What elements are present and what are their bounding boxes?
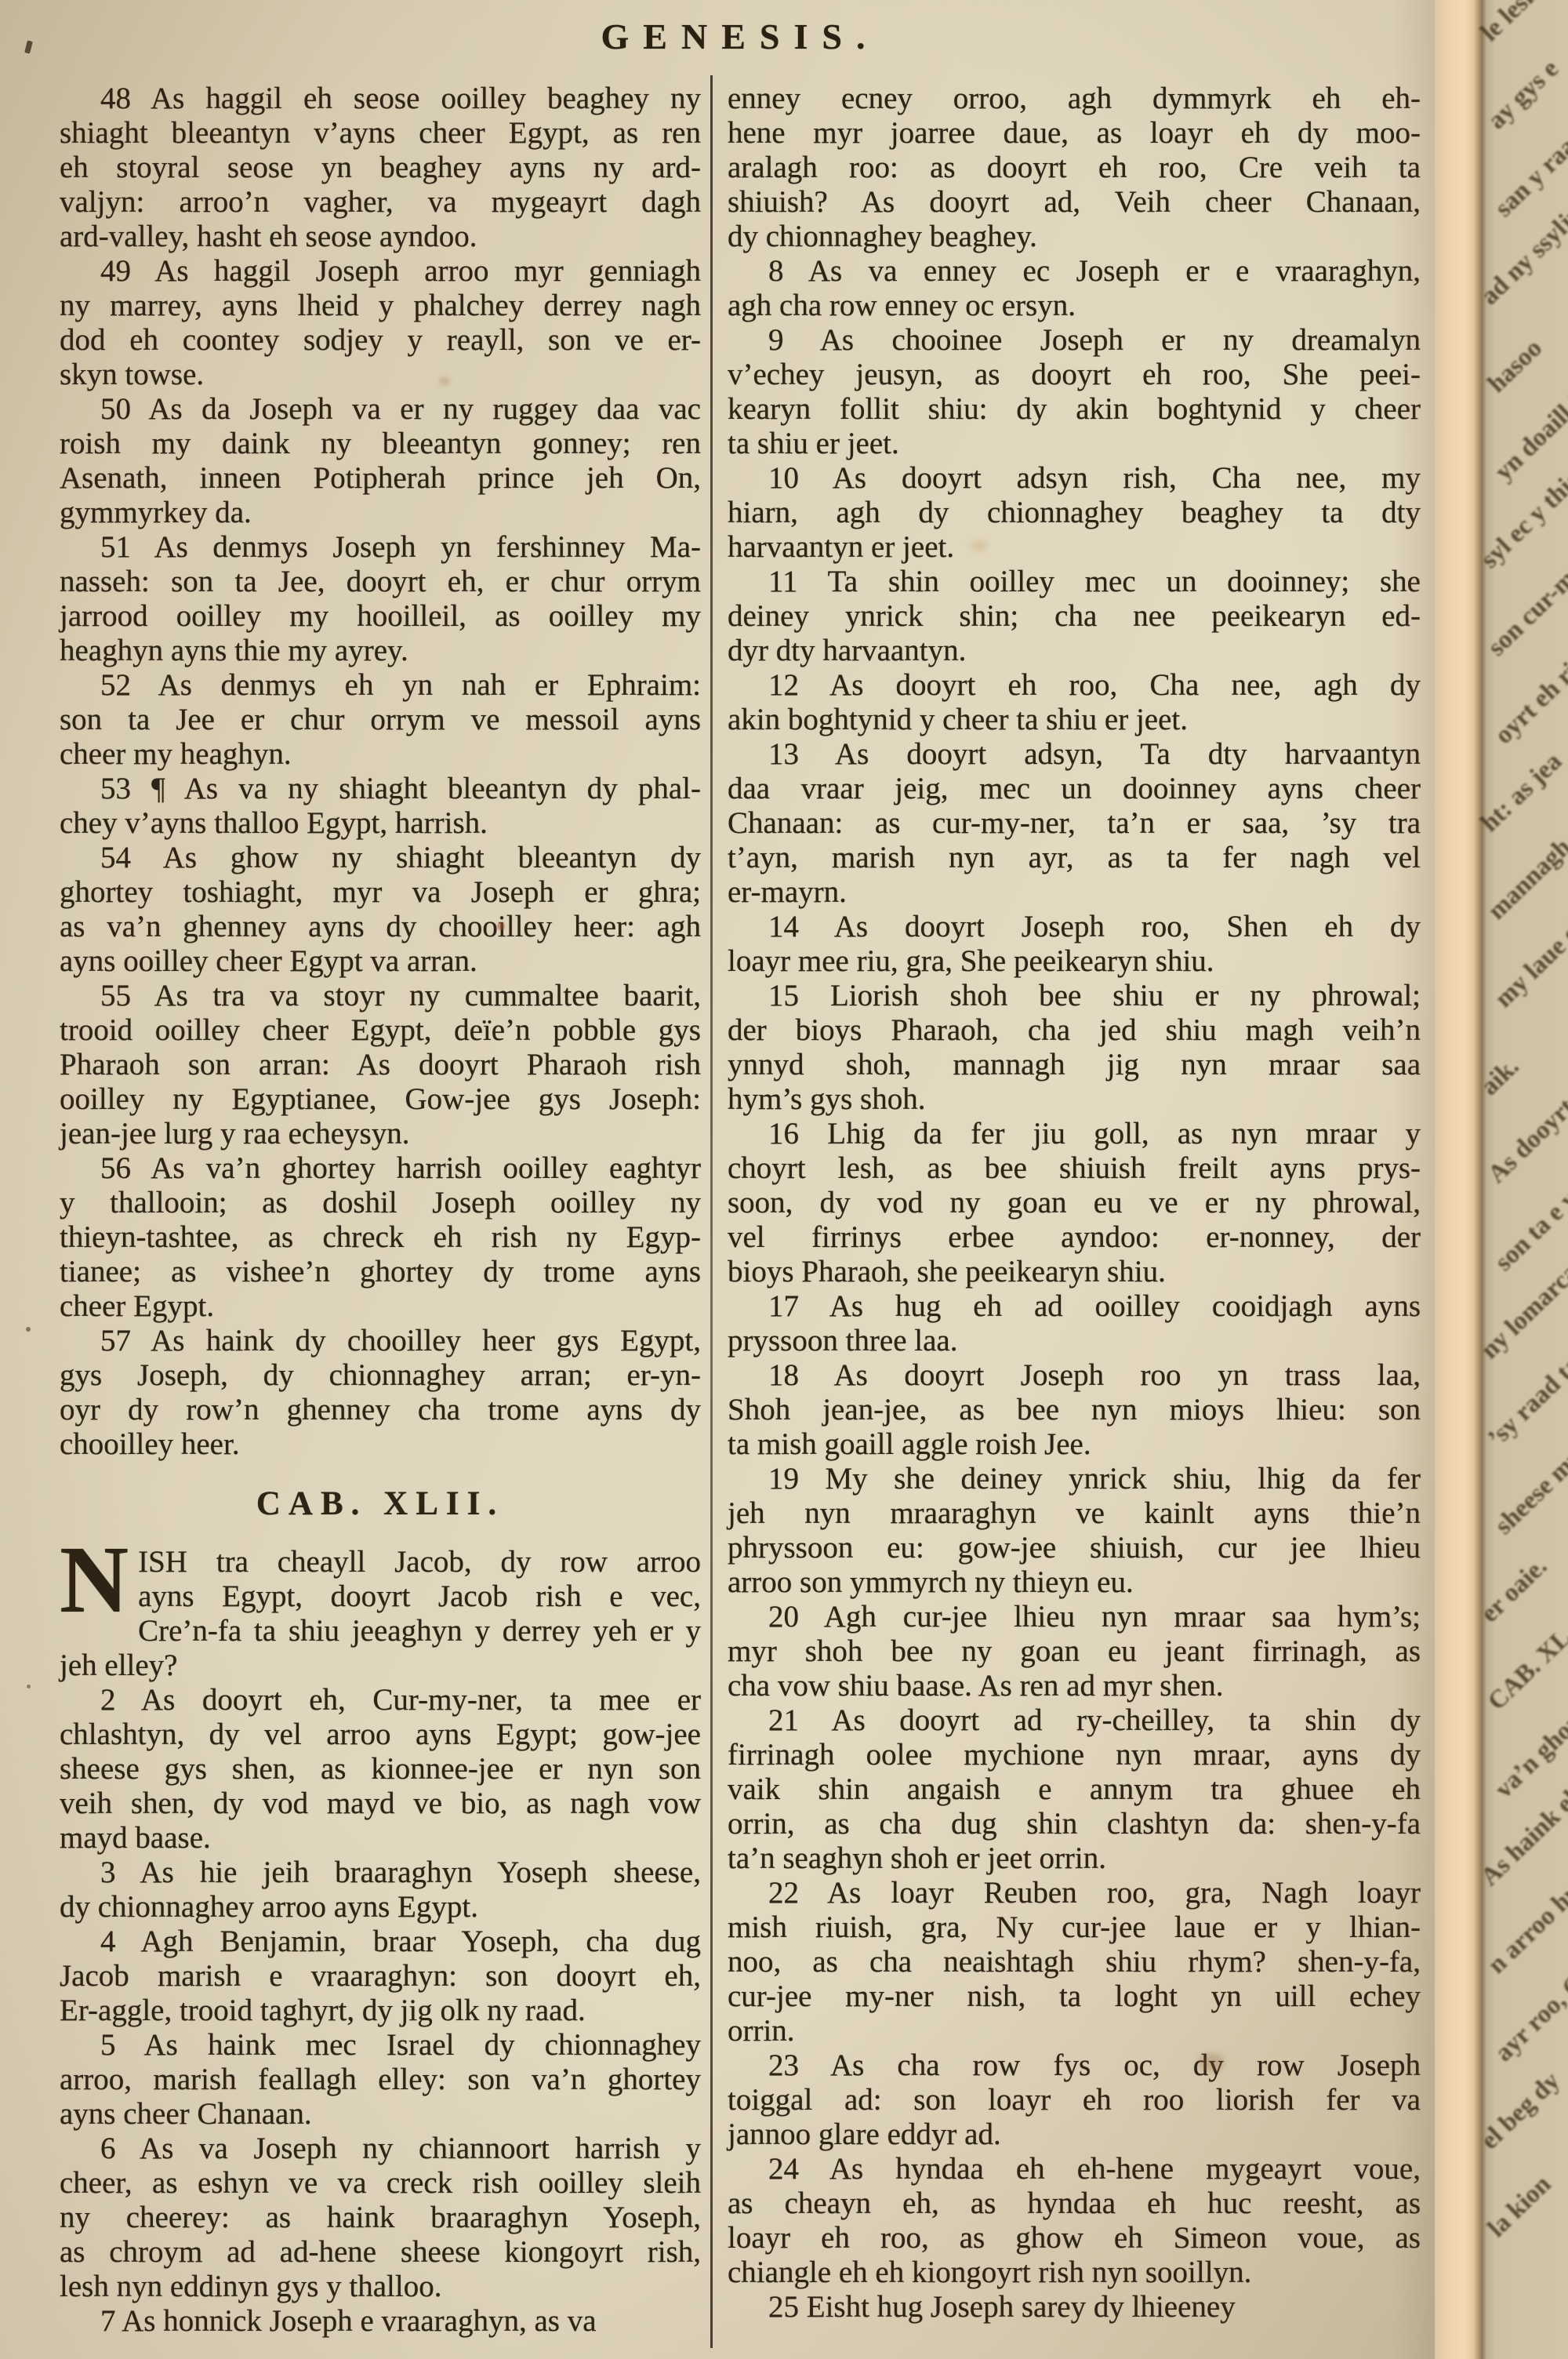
verse: 49 As haggil Joseph arroo myr genniaghny…	[60, 254, 701, 392]
verse-line: orrin, as cha dug shin clashtyn da: shen…	[728, 1807, 1421, 1841]
verse-line: Cre’n-fa ta shiu jeeaghyn y derrey yeh e…	[60, 1614, 701, 1648]
verse: 54 As ghow ny shiaght bleeantyn dyghorte…	[60, 841, 701, 979]
verse: 55 As tra va stoyr ny cummaltee baarit,t…	[60, 979, 701, 1151]
verse: 48 As haggil eh seose ooilley beaghey ny…	[60, 82, 701, 254]
verse-line: cha vow shiu baase. As ren ad myr shen.	[728, 1669, 1421, 1703]
verse: 17 As hug eh ad ooilley cooidjagh aynspr…	[728, 1289, 1421, 1358]
verse-line: heaghyn ayns thie my ayrey.	[60, 634, 701, 668]
verse-line: t’ayn, marish nyn ayr, as ta fer nagh ve…	[728, 841, 1421, 875]
verse-line: shiaght bleeantyn v’ayns cheer Egypt, as…	[60, 116, 701, 151]
verse-line: jarrood ooilley my hooilleil, as ooilley…	[60, 599, 701, 634]
verse: 52 As denmys eh yn nah er Ephraim:son ta…	[60, 668, 701, 772]
verse-line: agh cha row enney oc ersyn.	[728, 289, 1421, 323]
verse-line: as va’n ghenney ayns dy chooilley heer: …	[60, 910, 701, 944]
verse-line: 56 As va’n ghortey harrish ooilley eaght…	[60, 1151, 701, 1186]
next-page-curl: le leshay gys esan y raad, asad ny ssylj…	[1435, 0, 1568, 2359]
verse-line: 19 My she deiney ynrick shiu, lhig da fe…	[728, 1462, 1421, 1496]
verse-line: arroo son ymmyrch ny thieyn eu.	[728, 1565, 1421, 1600]
curled-page-text-fragment: hasoo	[1483, 334, 1548, 399]
verse: 23 As cha row fys oc, dy row Josephtoigg…	[728, 2048, 1421, 2152]
verse-line: skyn towse.	[60, 358, 701, 392]
verse-with-dropcap: NISH tra cheayll Jacob, dy row arrooayns…	[60, 1545, 701, 1683]
curled-page-text-fragment: aik.	[1475, 1052, 1525, 1102]
verse: 53 ¶ As va ny shiaght bleeantyn dy phal-…	[60, 772, 701, 841]
right-text-column: enney ecney orroo, agh dymmyrk eh eh-hen…	[728, 82, 1421, 2324]
fore-edge-shadow	[1392, 0, 1436, 2359]
verse-line: aralagh roo: as dooyrt eh roo, Cre veih …	[728, 151, 1421, 185]
verse: 6 As va Joseph ny chiannoort harrish ych…	[60, 2132, 701, 2304]
verse-line: noo, as cha neaishtagh shiu rhym? shen-y…	[728, 1945, 1421, 1979]
verse-line: 2 As dooyrt eh, Cur-my-ner, ta mee er	[60, 1683, 701, 1717]
curled-page-text-fragment: As dooyrt eh, Cha	[1483, 1030, 1568, 1190]
curled-page-text-fragment: ht: as jea	[1475, 747, 1568, 838]
verse-line: ny marrey, ayns lheid y phalchey derrey …	[60, 289, 701, 323]
verse-line: 8 As va enney ec Joseph er e vraaraghyn,	[728, 254, 1421, 289]
verse-line: mayd baase.	[60, 1821, 701, 1856]
verse: 3 As hie jeih braaraghyn Yoseph sheese,d…	[60, 1856, 701, 1925]
verse-line: myr shoh bee ny goan eu jeant firrinagh,…	[728, 1634, 1421, 1669]
verse-line: cheer, as eshyn ve va creck rish ooilley…	[60, 2166, 701, 2201]
curled-page-text-fragment: CAB. XL	[1483, 1623, 1568, 1716]
verse-line: Shoh jean-jee, as bee nyn mioys lhieu: s…	[728, 1393, 1421, 1427]
verse-line: ayns ooilley cheer Egypt va arran.	[60, 944, 701, 979]
verse-line: dy chionnaghey arroo ayns Egypt.	[60, 1890, 701, 1925]
verse-line: 7 As honnick Joseph e vraaraghyn, as va	[60, 2304, 701, 2339]
verse-line: 6 As va Joseph ny chiannoort harrish y	[60, 2132, 701, 2166]
verse-line: ta shiu er jeet.	[728, 427, 1421, 461]
running-head-title: GENESIS.	[60, 16, 1421, 57]
verse-line: vaik shin angaish e annym tra ghuee eh	[728, 1772, 1421, 1807]
verse-line: 22 As loayr Reuben roo, gra, Nagh loayr	[728, 1876, 1421, 1910]
verse-line: oyr dy row’n ghenney cha trome ayns dy	[60, 1393, 701, 1427]
verse-line: chey v’ayns thalloo Egypt, harrish.	[60, 806, 701, 841]
verse-line: er-mayrn.	[728, 875, 1421, 910]
verse-line: chiangle eh eh kiongoyrt rish nyn sooill…	[728, 2255, 1421, 2290]
verse-line: hene myr joarree daue, as loayr eh dy mo…	[728, 116, 1421, 151]
verse: 4 Agh Benjamin, braar Yoseph, cha dugJac…	[60, 1925, 701, 2028]
curled-page-text-fragment: le lesh	[1475, 0, 1544, 48]
curled-page-text-fragment: la kion	[1483, 2170, 1557, 2244]
verse-line: ynnyd shoh, mannagh jig nyn mraar saa	[728, 1048, 1421, 1082]
verse: 11 Ta shin ooilley mec un dooinney; shed…	[728, 565, 1421, 668]
verse-line: hym’s gys shoh.	[728, 1082, 1421, 1117]
verse-line: pryssoon three laa.	[728, 1324, 1421, 1358]
verse-line: akin boghtynid y cheer ta shiu er jeet.	[728, 703, 1421, 737]
verse-line: 51 As denmys Joseph yn fershinney Ma-	[60, 530, 701, 565]
verse: 9 As chooinee Joseph er ny dreamalynv’ec…	[728, 323, 1421, 461]
ink-speck	[26, 1327, 31, 1332]
verse-line: orrin.	[728, 2014, 1421, 2048]
verse-line: ISH tra cheayll Jacob, dy row arroo	[60, 1545, 701, 1579]
verse-line: phryssoon eu: gow-jee shiuish, cur jee l…	[728, 1531, 1421, 1565]
verse: 18 As dooyrt Joseph roo yn trass laa,Sho…	[728, 1358, 1421, 1462]
verse-line: 14 As dooyrt Joseph roo, Shen eh dy	[728, 910, 1421, 944]
verse-line: Asenath, inneen Potipherah prince jeh On…	[60, 461, 701, 496]
verse-line: 23 As cha row fys oc, dy row Joseph	[728, 2048, 1421, 2083]
verse: 25 Eisht hug Joseph sarey dy lhieeney	[728, 2290, 1421, 2324]
verse-line: cheer Egypt.	[60, 1289, 701, 1324]
verse-line: ta mish goaill aggle roish Jee.	[728, 1427, 1421, 1462]
verse-line: 24 As hyndaa eh eh-hene mygeayrt voue,	[728, 2152, 1421, 2186]
verse-line: Pharaoh son arran: As dooyrt Pharaoh ris…	[60, 1048, 701, 1082]
verse: 20 Agh cur-jee lhieu nyn mraar saa hym’s…	[728, 1600, 1421, 1703]
verse-line: toiggal ad: son loayr eh roo liorish fer…	[728, 2083, 1421, 2117]
verse-line: shiuish? As dooyrt ad, Veih cheer Chanaa…	[728, 185, 1421, 220]
verse-line: eh stoyral seose yn beaghey ayns ny ard-	[60, 151, 701, 185]
verse: 10 As dooyrt adsyn rish, Cha nee, myhiar…	[728, 461, 1421, 565]
verse: 2 As dooyrt eh, Cur-my-ner, ta mee erchl…	[60, 1683, 701, 1856]
verse-line: dyr dty harvaantyn.	[728, 634, 1421, 668]
verse: enney ecney orroo, agh dymmyrk eh eh-hen…	[728, 82, 1421, 254]
verse-line: 55 As tra va stoyr ny cummaltee baarit,	[60, 979, 701, 1013]
verse-line: nasseh: son ta Jee, dooyrt eh, er chur o…	[60, 565, 701, 599]
verse-line: 54 As ghow ny shiaght bleeantyn dy	[60, 841, 701, 875]
verse-line: chlashtyn, dy vel arroo ayns Egypt; gow-…	[60, 1717, 701, 1752]
verse-line: soon, dy vod ny goan eu ve er ny phrowal…	[728, 1186, 1421, 1220]
verse-line: 53 ¶ As va ny shiaght bleeantyn dy phal-	[60, 772, 701, 806]
verse-line: 4 Agh Benjamin, braar Yoseph, cha dug	[60, 1925, 701, 1959]
verse-line: as cheayn eh, as hyndaa eh huc reesht, a…	[728, 2186, 1421, 2221]
verse: 5 As haink mec Israel dy chionnagheyarro…	[60, 2028, 701, 2132]
verse-line: ooilley ny Egyptianee, Gow-jee gys Josep…	[60, 1082, 701, 1117]
verse: 14 As dooyrt Joseph roo, Shen eh dyloayr…	[728, 910, 1421, 979]
verse-line: son ta Jee er chur orrym ve messoil ayns	[60, 703, 701, 737]
verse-line: trooid ooilley cheer Egypt, deïe’n pobbl…	[60, 1013, 701, 1048]
drop-cap-initial: N	[60, 1545, 138, 1616]
verse-line: harvaantyn er jeet.	[728, 530, 1421, 565]
left-text-column: 48 As haggil eh seose ooilley beaghey ny…	[60, 82, 701, 2339]
verse-line: ghortey toshiaght, myr va Joseph er ghra…	[60, 875, 701, 910]
verse-line: jeh nyn mraaraghyn ve kainlt ayns thie’n	[728, 1496, 1421, 1531]
verse-line: bioys Pharaoh, she peeikearyn shiu.	[728, 1255, 1421, 1289]
verse-line: 25 Eisht hug Joseph sarey dy lhieeney	[728, 2290, 1421, 2324]
verse: 50 As da Joseph va er ny ruggey daa vacr…	[60, 392, 701, 530]
verse-line: 10 As dooyrt adsyn rish, Cha nee, my	[728, 461, 1421, 496]
verse-line: loayr eh roo, as ghow eh Simeon voue, as	[728, 2221, 1421, 2255]
chapter-heading: CAB. XLII.	[60, 1487, 701, 1521]
verse-line: sheese gys shen, as kionnee-jee er nyn s…	[60, 1752, 701, 1787]
verse-line: Jacob marish e vraaraghyn: son dooyrt eh…	[60, 1959, 701, 1994]
verse: 13 As dooyrt adsyn, Ta dty harvaantyndaa…	[728, 737, 1421, 910]
verse-line: jeh elley?	[60, 1648, 701, 1683]
book-page: GENESIS. 48 As haggil eh seose ooilley b…	[0, 0, 1568, 2359]
verse-line: 9 As chooinee Joseph er ny dreamalyn	[728, 323, 1421, 358]
curled-page-text-fragment: er oaie.	[1475, 1552, 1553, 1628]
ink-speck	[27, 1685, 31, 1688]
verse-line: 21 As dooyrt ad ry-cheilley, ta shin dy	[728, 1703, 1421, 1738]
verse-line: ta’n seaghyn shoh er jeet orrin.	[728, 1841, 1421, 1876]
verse-line: der bioys Pharaoh, cha jed shiu magh vei…	[728, 1013, 1421, 1048]
verse: 12 As dooyrt eh roo, Cha nee, agh dyakin…	[728, 668, 1421, 737]
verse-line: loayr mee riu, gra, She peeikearyn shiu.	[728, 944, 1421, 979]
verse-line: cur-jee my-ner nish, ta loght yn uill ec…	[728, 1979, 1421, 2014]
verse-line: thieyn-tashtee, as chreck eh rish ny Egy…	[60, 1220, 701, 1255]
verse-line: roish my daink ny bleeantyn gonney; ren	[60, 427, 701, 461]
verse-line: ny cheerey: as haink braaraghyn Yoseph,	[60, 2201, 701, 2235]
column-divider-rule	[710, 75, 713, 2348]
verse: 16 Lhig da fer jiu goll, as nyn mraar yc…	[728, 1117, 1421, 1289]
verse-line: as chroym ad ad-hene sheese kiongoyrt ri…	[60, 2235, 701, 2270]
verse-line: ard-valley, hasht eh seose ayndoo.	[60, 220, 701, 254]
verse-line: 3 As hie jeih braaraghyn Yoseph sheese,	[60, 1856, 701, 1890]
verse-line: 50 As da Joseph va er ny ruggey daa vac	[60, 392, 701, 427]
verse: 8 As va enney ec Joseph er e vraaraghyn,…	[728, 254, 1421, 323]
verse-line: enney ecney orroo, agh dymmyrk eh eh-	[728, 82, 1421, 116]
verse-line: valjyn: arroo’n vagher, va mygeayrt dagh	[60, 185, 701, 220]
verse-line: tianee; as vishee’n ghortey dy trome ayn…	[60, 1255, 701, 1289]
verse: 24 As hyndaa eh eh-hene mygeayrt voue,as…	[728, 2152, 1421, 2290]
verse-line: jean-jee lurg y raa echeysyn.	[60, 1117, 701, 1151]
verse-line: 49 As haggil Joseph arroo myr genniagh	[60, 254, 701, 289]
verse-line: vel firrinys erbee ayndoo: er-nonney, de…	[728, 1220, 1421, 1255]
verse-line: choyrt lesh, as bee shiuish freilt ayns …	[728, 1151, 1421, 1186]
verse-line: hiarn, agh dy chionnaghey beaghey ta dty	[728, 496, 1421, 530]
curled-page-text-fragment: el beg dy	[1475, 2066, 1566, 2155]
verse: 19 My she deiney ynrick shiu, lhig da fe…	[728, 1462, 1421, 1600]
verse-line: mish riuish, gra, Ny cur-jee laue er y l…	[728, 1910, 1421, 1945]
verse: 56 As va’n ghortey harrish ooilley eaght…	[60, 1151, 701, 1324]
verse: 15 Liorish shoh bee shiu er ny phrowal;d…	[728, 979, 1421, 1117]
verse-line: firrinagh oolee mychione nyn mraar, ayns…	[728, 1738, 1421, 1772]
verse-line: deiney ynrick shin; cha nee peeikearyn e…	[728, 599, 1421, 634]
verse-line: cheer my heaghyn.	[60, 737, 701, 772]
verse: 57 As haink dy chooilley heer gys Egypt,…	[60, 1324, 701, 1462]
verse-line: 18 As dooyrt Joseph roo yn trass laa,	[728, 1358, 1421, 1393]
curled-page-text-fragment: ay gys e	[1483, 55, 1565, 136]
verse-line: 12 As dooyrt eh roo, Cha nee, agh dy	[728, 668, 1421, 703]
verse-line: gymmyrkey da.	[60, 496, 701, 530]
verse-line: 17 As hug eh ad ooilley cooidjagh ayns	[728, 1289, 1421, 1324]
ink-speck	[24, 40, 33, 53]
verse-line: y thallooin; as doshil Joseph ooilley ny	[60, 1186, 701, 1220]
verse: 51 As denmys Joseph yn fershinney Ma-nas…	[60, 530, 701, 668]
verse-line: v’echey jeusyn, as dooyrt eh roo, She pe…	[728, 358, 1421, 392]
verse-line: ayns cheer Chanaan.	[60, 2097, 701, 2132]
verse: 7 As honnick Joseph e vraaraghyn, as va	[60, 2304, 701, 2339]
verse-line: jannoo glare eddyr ad.	[728, 2117, 1421, 2152]
verse-line: 15 Liorish shoh bee shiu er ny phrowal;	[728, 979, 1421, 1013]
verse-line: arroo, marish feallagh elley: son va’n g…	[60, 2063, 701, 2097]
verse-line: veih shen, dy vod mayd ve bio, as nagh v…	[60, 1787, 701, 1821]
verse-line: Er-aggle, trooid taghyrt, dy jig olk ny …	[60, 1994, 701, 2028]
verse-line: 16 Lhig da fer jiu goll, as nyn mraar y	[728, 1117, 1421, 1151]
verse: 22 As loayr Reuben roo, gra, Nagh loayrm…	[728, 1876, 1421, 2048]
verse-line: dy chionnaghey beaghey.	[728, 220, 1421, 254]
verse: 21 As dooyrt ad ry-cheilley, ta shin dyf…	[728, 1703, 1421, 1876]
verse-line: 48 As haggil eh seose ooilley beaghey ny	[60, 82, 701, 116]
verse-line: lesh nyn eddinyn gys y thalloo.	[60, 2270, 701, 2304]
verse-line: kearyn follit shiu: dy akin boghtynid y …	[728, 392, 1421, 427]
verse-line: 11 Ta shin ooilley mec un dooinney; she	[728, 565, 1421, 599]
verse-line: 20 Agh cur-jee lhieu nyn mraar saa hym’s…	[728, 1600, 1421, 1634]
verse-line: 13 As dooyrt adsyn, Ta dty harvaantyn	[728, 737, 1421, 772]
verse-line: 5 As haink mec Israel dy chionnaghey	[60, 2028, 701, 2063]
verse-line: 52 As denmys eh yn nah er Ephraim:	[60, 668, 701, 703]
verse-line: ayns Egypt, dooyrt Jacob rish e vec,	[60, 1579, 701, 1614]
verse-line: chooilley heer.	[60, 1427, 701, 1462]
verse-line: 57 As haink dy chooilley heer gys Egypt,	[60, 1324, 701, 1358]
verse-line: Chanaan: as cur-my-ner, ta’n er saa, ’sy…	[728, 806, 1421, 841]
verse-line: dod eh coontey sodjey y reayll, son ve e…	[60, 323, 701, 358]
verse-line: daa vraar jeig, mec un dooinney ayns che…	[728, 772, 1421, 806]
verse-line: gys Joseph, dy chionnaghey arran; er-yn-	[60, 1358, 701, 1393]
